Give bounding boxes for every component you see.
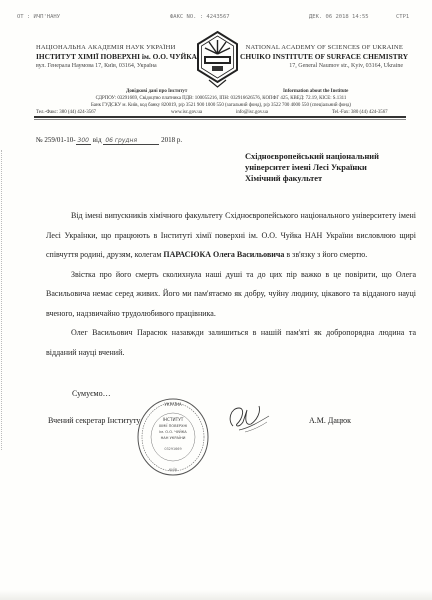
info-title-ua: Довідкові дані про Інститут — [126, 88, 187, 95]
svg-text:НАН УКРАЇНИ: НАН УКРАЇНИ — [161, 435, 186, 440]
closing-phrase: Сумуємо… — [72, 389, 111, 398]
phone-en: Tel.-Fax: 380 (44) 424-3567 — [332, 109, 388, 116]
ref-from-label: від — [93, 136, 102, 144]
fax-date-time: ДЕК. 06 2018 14:55 — [309, 14, 369, 20]
address-ua: вул. Генерала Наумова 17, Київ, 03164, У… — [36, 62, 196, 70]
academy-name-ua: НАЦІОНАЛЬНА АКАДЕМІЯ НАУК УКРАЇНИ — [36, 43, 196, 52]
letterhead-divider-thin — [34, 119, 406, 120]
paragraph-3: Олег Васильович Парасюк назавжди залишит… — [46, 323, 416, 362]
scan-edge-marks — [1, 150, 4, 450]
phone-ua: Тел.-Факс: 380 (44) 424-3567 — [36, 109, 96, 116]
svg-text:УКРАЇНА: УКРАЇНА — [164, 402, 182, 407]
signatory-name: А.М. Дацюк — [309, 416, 351, 425]
letterhead-english: NATIONAL ACADEMY OF SCIENCES OF UKRAINE … — [240, 43, 403, 70]
letterhead-ukrainian: НАЦІОНАЛЬНА АКАДЕМІЯ НАУК УКРАЇНИ ІНСТИТ… — [36, 43, 196, 70]
academy-name-en: NATIONAL ACADEMY OF SCIENCES OF UKRAINE — [240, 43, 403, 52]
institute-info: Довідкові дані про Інститут Information … — [36, 88, 406, 116]
svg-text:ІНСТИТУТ: ІНСТИТУТ — [163, 417, 184, 422]
svg-text:КИЇВ: КИЇВ — [169, 467, 178, 472]
info-registration: СДРПОУ: 03291669, Свідоцтво платника ПДВ… — [36, 95, 406, 102]
recipient-address: Східноєвропейський національний універси… — [245, 151, 379, 184]
institute-name-en: CHUIKO INSTITUTE OF SURFACE CHEMISTRY — [240, 52, 403, 62]
letterhead-divider — [34, 116, 406, 118]
institute-emblem-icon — [195, 30, 240, 88]
address-en: 17, General Naumov str., Kyiv, 03164, Uk… — [240, 62, 403, 70]
handwritten-signature — [225, 402, 270, 434]
fax-page: СТР1 — [396, 14, 409, 20]
signatory-title: Вчений секретар Інституту — [48, 416, 140, 425]
fax-number: ФАКС NO. : 4243567 — [170, 14, 230, 20]
svg-text:03291669: 03291669 — [164, 447, 181, 451]
svg-text:ім. О.О. ЧУЙКА: ім. О.О. ЧУЙКА — [159, 429, 187, 434]
paragraph-2: Звістка про його смерть сколихнула наші … — [46, 265, 416, 324]
official-stamp-icon: УКРАЇНА ІНСТИТУТ ХІМІЇ ПОВЕРХНІ ім. О.О.… — [136, 397, 210, 477]
recipient-line-3: Хімічний факультет — [245, 173, 379, 184]
fax-header: ОТ : ИЧП'НАНУ ФАКС NO. : 4243567 ДЕК. 06… — [0, 14, 432, 24]
deceased-name: ПАРАСЮКА Олега Васильовича — [163, 250, 284, 259]
recipient-line-2: університет імені Лесі Українки — [245, 162, 379, 173]
recipient-line-1: Східноєвропейський національний — [245, 151, 379, 162]
institute-name-ua: ІНСТИТУТ ХІМІЇ ПОВЕРХНІ ім. О.О. ЧУЙКА — [36, 52, 196, 62]
svg-text:ХІМІЇ ПОВЕРХНІ: ХІМІЇ ПОВЕРХНІ — [159, 423, 188, 428]
ref-number: 300 — [76, 137, 91, 145]
ref-year: 2018 р. — [161, 136, 182, 144]
info-title-en: Information about the Institute — [283, 88, 348, 95]
ref-prefix: № 259/01-10- — [36, 136, 76, 144]
website-link[interactable]: www.isc.gov.ua — [171, 109, 202, 116]
ref-date: 06 грудня — [103, 137, 159, 145]
letter-body: Від імені випускників хімічного факульте… — [46, 206, 416, 362]
fax-from: ОТ : ИЧП'НАНУ — [17, 14, 60, 20]
email-link[interactable]: info@isc.gov.ua — [236, 109, 268, 116]
scan-bottom-edge — [0, 590, 432, 600]
paragraph-1: Від імені випускників хімічного факульте… — [46, 206, 416, 265]
reference-line: № 259/01-10-300 від 06 грудня 2018 р. — [36, 136, 182, 145]
info-bank: Банк ГУДСКУ м. Київ, код банку 820019, р… — [36, 102, 406, 109]
